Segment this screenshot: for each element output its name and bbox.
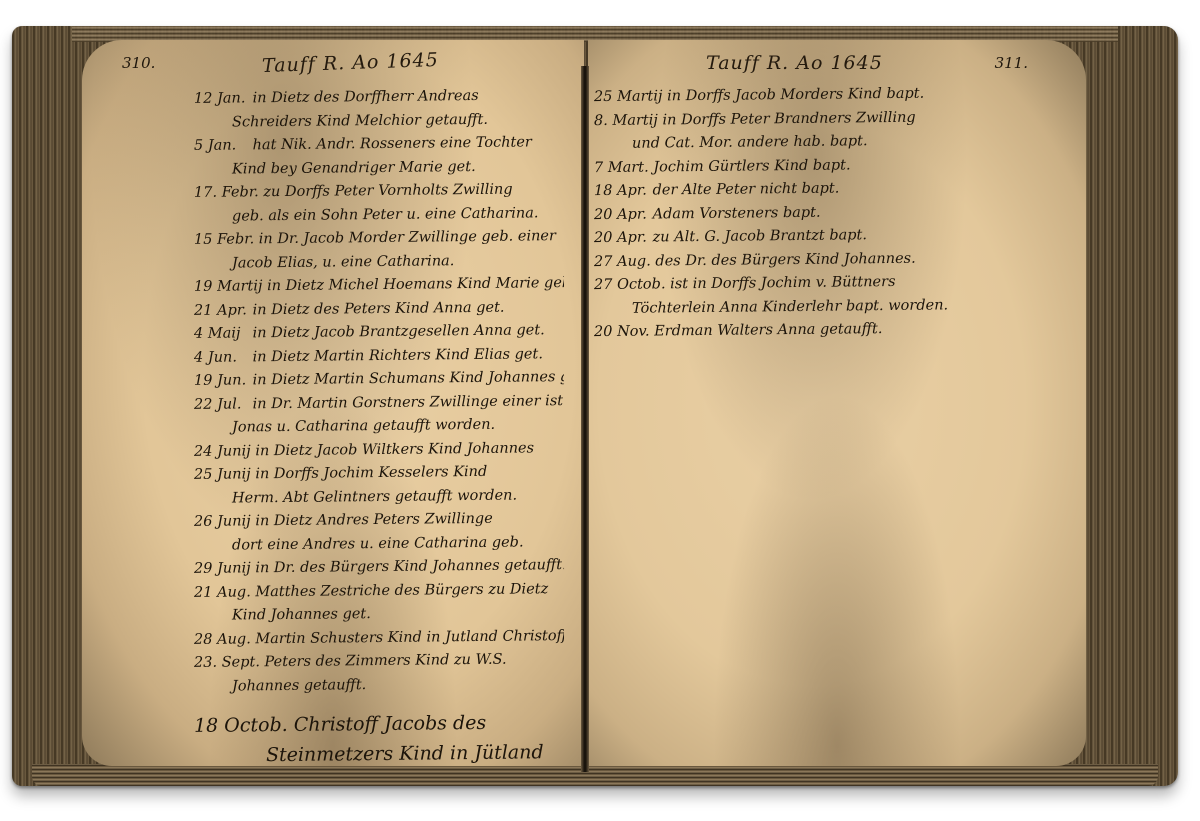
register-entry: 27 Octob. ist in Dorffs Jochim v. Büttne… [594,270,996,298]
entry-text: in Dietz des Dorffherr Andreas [253,88,479,106]
entry-date: 12 Jan. [194,87,248,111]
entry-date: 25 Martij [594,85,663,109]
register-entry: 23. Sept. Peters des Zimmers Kind zu W.S… [194,648,564,675]
register-entry: 15 Febr. in Dr. Jacob Morder Zwillinge g… [194,225,564,252]
entry-text: Matthes Zestriche des Bürgers zu Dietz [255,581,548,600]
register-entry: Jonas u. Catharina getaufft worden. [194,413,564,440]
entry-date: 19 Jun. [194,369,248,393]
entry-date: 17. Febr. [194,181,259,205]
entry-text: in Dr. Jacob Morder Zwillinge geb. einer [259,228,556,247]
register-entry: Johannes getaufft. [194,672,564,699]
register-entry: 4 Maij in Dietz Jacob Brantzgesellen Ann… [194,319,564,346]
entry-text: Adam Vorsteners bapt. [653,204,821,222]
register-entry: 26 Junij in Dietz Andres Peters Zwilling… [194,507,564,534]
entry-text: Erdman Walters Anna getaufft. [654,321,882,339]
register-entries: 12 Jan. in Dietz des Dorffherr AndreasSc… [194,86,564,766]
entry-date: 19 Martij [194,275,263,299]
entry-text: in Dietz Jacob Wiltkers Kind Johannes [255,440,534,459]
entry-text: zu Dorffs Peter Vornholts Zwilling [263,182,512,201]
register-entry: 18 Octob. Christoff Jacobs des [194,707,564,741]
entry-date: 5 Jan. [194,134,248,158]
entry-text: dort eine Andres u. eine Catharina geb. [232,534,524,553]
entry-date: 21 Aug. [194,581,251,605]
entry-text: Steinmetzers Kind in Jütland [266,741,544,766]
entry-date: 21 Apr. [194,299,248,323]
register-entry: 18 Apr. der Alte Peter nicht bapt. [594,176,996,204]
entry-date: 29 Junij [194,557,251,581]
entry-text: in Dietz des Peters Kind Anna get. [253,299,505,318]
entry-text: in Dietz Martin Schumans Kind Johannes g… [253,369,565,389]
right-page: Tauff R. Ao 1645 311. 25 Martij in Dorff… [588,40,1086,766]
register-entry: 19 Martij in Dietz Michel Hoemans Kind M… [194,272,564,299]
entry-date: 23. Sept. [194,651,260,675]
register-entries: 25 Martij in Dorffs Jacob Morders Kind b… [594,84,996,343]
entry-date: 24 Junij [194,440,251,464]
entry-text: Kind bey Genandriger Marie get. [232,158,476,177]
left-page: 310. Tauff R. Ao 1645 12 Jan. in Dietz d… [82,40,584,766]
register-entry: Steinmetzers Kind in Jütland [194,737,564,766]
entry-date: 7 Mart. [594,156,649,180]
entry-text: und Cat. Mor. andere hab. bapt. [632,133,868,151]
page-number: 310. [122,54,155,72]
entry-text: in Dorffs Jacob Morders Kind bapt. [667,86,924,105]
entry-date: 15 Febr. [194,228,254,252]
entry-date: 20 Nov. [594,321,650,345]
entry-text: Jacob Elias, u. eine Catharina. [232,253,455,271]
entry-text: Peters des Zimmers Kind zu W.S. [264,652,506,671]
register-entry: 20 Apr. zu Alt. G. Jacob Brantzt bapt. [594,223,996,251]
page-heading: Tauff R. Ao 1645 [706,52,883,74]
entry-text: der Alte Peter nicht bapt. [653,181,840,199]
register-entry: 25 Martij in Dorffs Jacob Morders Kind b… [594,82,996,110]
entry-date: 20 Apr. [594,203,648,227]
entry-text: Töchterlein Anna Kinderlehr bapt. worden… [632,297,948,316]
entry-text: in Dietz Jacob Brantzgesellen Anna get. [253,322,545,341]
entry-text: geb. als ein Sohn Peter u. eine Catharin… [232,205,539,224]
entry-date: 4 Maij [194,322,248,346]
register-entry: Kind Johannes get. [194,601,564,628]
open-book: 310. Tauff R. Ao 1645 12 Jan. in Dietz d… [12,26,1178,786]
entry-date: 27 Octob. [594,273,666,297]
entry-text: Schreiders Kind Melchior getaufft. [232,111,488,130]
entry-date: 22 Jul. [194,393,248,417]
entry-date: 8. Martij [594,109,658,133]
register-entry: 20 Nov. Erdman Walters Anna getaufft. [594,317,996,345]
entry-text: hat Nik. Andr. Rosseners eine Tochter [253,134,532,153]
page-number: 311. [995,54,1028,72]
entry-date: 25 Junij [194,463,251,487]
register-entry: 17. Febr. zu Dorffs Peter Vornholts Zwil… [194,178,564,205]
entry-text: Kind Johannes get. [232,606,371,623]
entry-date: 27 Aug. [594,250,651,274]
entry-text: in Dr. Martin Gorstners Zwillinge einer … [253,393,564,412]
register-entry: 25 Junij in Dorffs Jochim Kesselers Kind [194,460,564,487]
entry-text: ist in Dorffs Jochim v. Büttners [670,274,895,292]
entry-text: in Dietz Martin Richters Kind Elias get. [253,346,543,365]
entry-date: 4 Jun. [194,346,248,370]
entry-text: in Dorffs Peter Brandners Zwilling [662,109,915,128]
entry-text: in Dietz Andres Peters Zwillinge [255,511,493,529]
entry-text: des Dr. des Bürgers Kind Johannes. [655,250,915,269]
entry-date: 20 Apr. [594,227,648,251]
entry-date: 28 Aug. [194,628,251,652]
entry-text: in Dr. des Bürgers Kind Johannes getauff… [255,557,564,576]
register-entry: 5 Jan. hat Nik. Andr. Rosseners eine Toc… [194,131,564,158]
entry-text: Johannes getaufft. [232,677,366,694]
book-gutter [581,66,589,772]
book-bottom-edge [32,764,1158,786]
entry-date: 18 Octob. [194,710,288,741]
page-heading: Tauff R. Ao 1645 [262,49,439,77]
register-entry: 29 Junij in Dr. des Bürgers Kind Johanne… [194,554,564,581]
entry-date: 18 Apr. [594,180,648,204]
entry-text: in Dietz Michel Hoemans Kind Marie geb. [267,275,564,294]
entry-text: Martin Schusters Kind in Jutland Christo… [255,627,564,647]
entry-text: Jochim Gürtlers Kind bapt. [653,157,850,175]
entry-text: zu Alt. G. Jacob Brantzt bapt. [653,227,867,245]
register-entry: 12 Jan. in Dietz des Dorffherr Andreas [194,84,564,111]
entry-text: Christoff Jacobs des [294,712,487,736]
entry-text: Herm. Abt Gelintners getaufft worden. [232,487,517,506]
register-entry: und Cat. Mor. andere hab. bapt. [594,129,996,157]
entry-date: 26 Junij [194,510,251,534]
entry-text: in Dorffs Jochim Kesselers Kind [255,464,487,482]
entry-text: Jonas u. Catharina getaufft worden. [232,417,495,436]
register-entry: 19 Jun. in Dietz Martin Schumans Kind Jo… [194,366,564,393]
